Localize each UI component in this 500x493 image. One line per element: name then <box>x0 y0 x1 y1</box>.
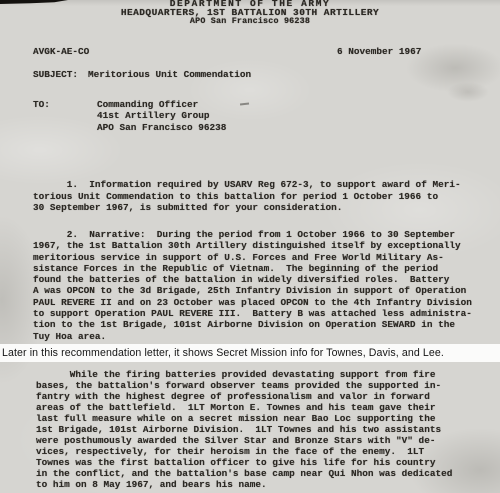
annotation-strip: Later in this recommendation letter, it … <box>0 344 500 362</box>
subject-label: SUBJECT: <box>33 69 78 80</box>
letterhead: DEPARTMENT OF THE ARMY HEADQUARTERS, 1ST… <box>0 0 500 26</box>
document-date: 6 November 1967 <box>337 46 421 57</box>
document-page: DEPARTMENT OF THE ARMY HEADQUARTERS, 1ST… <box>0 0 500 493</box>
scan-smudge-dash <box>240 103 249 106</box>
paragraph-1: 1. Information required by USARV Reg 672… <box>33 179 461 214</box>
office-symbol: AVGK-AE-CO <box>33 46 89 57</box>
addressee-block: Commanding Officer 41st Artillery Group … <box>97 99 226 133</box>
letterhead-apo: APO San Francisco 96238 <box>0 17 500 26</box>
to-label: TO: <box>33 99 50 110</box>
paragraph-2: 2. Narrative: During the period from 1 O… <box>33 229 472 342</box>
subject-value: Meritorious Unit Commendation <box>88 69 251 80</box>
annotation-text: Later in this recommendation letter, it … <box>2 347 444 359</box>
paragraph-3: While the firing batteries provided deva… <box>36 370 452 490</box>
